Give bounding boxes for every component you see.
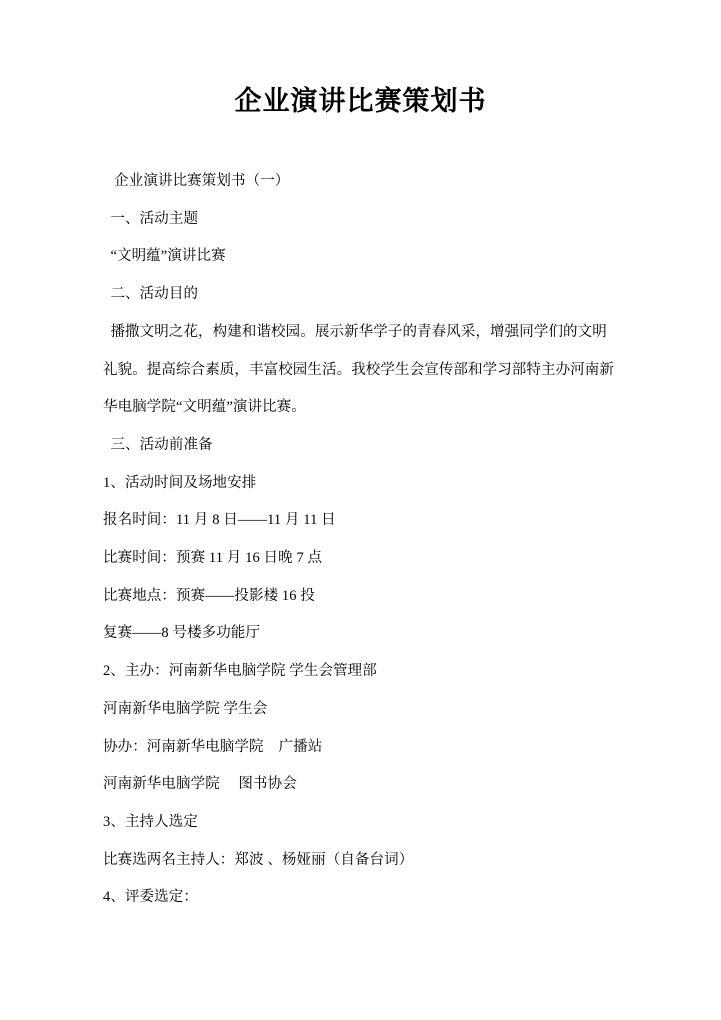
item-2-organizer-line: 2、主办：河南新华电脑学院 学生会管理部 (103, 653, 681, 691)
contest-place-line: 比赛地点：预赛——投影楼 16 投 (103, 578, 681, 616)
document-page: 企业演讲比赛策划书 企业演讲比赛策划书（一） 一、活动主题 “文明蕴”演讲比赛 … (0, 0, 721, 1020)
document-body: 企业演讲比赛策划书（一） 一、活动主题 “文明蕴”演讲比赛 二、活动目的 播撒文… (0, 163, 721, 917)
section-heading-1: 一、活动主题 (103, 201, 681, 239)
final-place-line: 复赛——8 号楼多功能厅 (103, 615, 681, 653)
section-heading-2: 二、活动目的 (103, 276, 681, 314)
section-heading-3: 三、活动前准备 (103, 427, 681, 465)
document-title: 企业演讲比赛策划书 (0, 0, 721, 116)
organizer-line-2: 河南新华电脑学院 学生会 (103, 691, 681, 729)
contest-name-line: “文明蕴”演讲比赛 (103, 238, 681, 276)
purpose-text-line-3: 华电脑学院“文明蕴”演讲比赛。 (103, 389, 681, 427)
item-1-heading: 1、活动时间及场地安排 (103, 465, 681, 503)
signup-time-line: 报名时间：11 月 8 日——11 月 11 日 (103, 502, 681, 540)
purpose-text-line-2: 礼貌。提高综合素质，丰富校园生活。我校学生会宣传部和学习部特主办河南新 (103, 352, 681, 390)
purpose-text-line-1: 播撒文明之花，构建和谐校园。展示新华学子的青春风采，增强同学们的文明 (103, 314, 681, 352)
co-organizer-line-2: 河南新华电脑学院 图书协会 (103, 766, 681, 804)
co-organizer-line-1: 协办：河南新华电脑学院 广播站 (103, 729, 681, 767)
subtitle-line: 企业演讲比赛策划书（一） (103, 163, 681, 201)
host-names-line: 比赛选两名主持人：郑波 、杨娅丽（自备台词） (103, 842, 681, 880)
contest-time-line: 比赛时间：预赛 11 月 16 日晚 7 点 (103, 540, 681, 578)
item-3-host-heading: 3、主持人选定 (103, 804, 681, 842)
item-4-judges-heading: 4、评委选定： (103, 879, 681, 917)
